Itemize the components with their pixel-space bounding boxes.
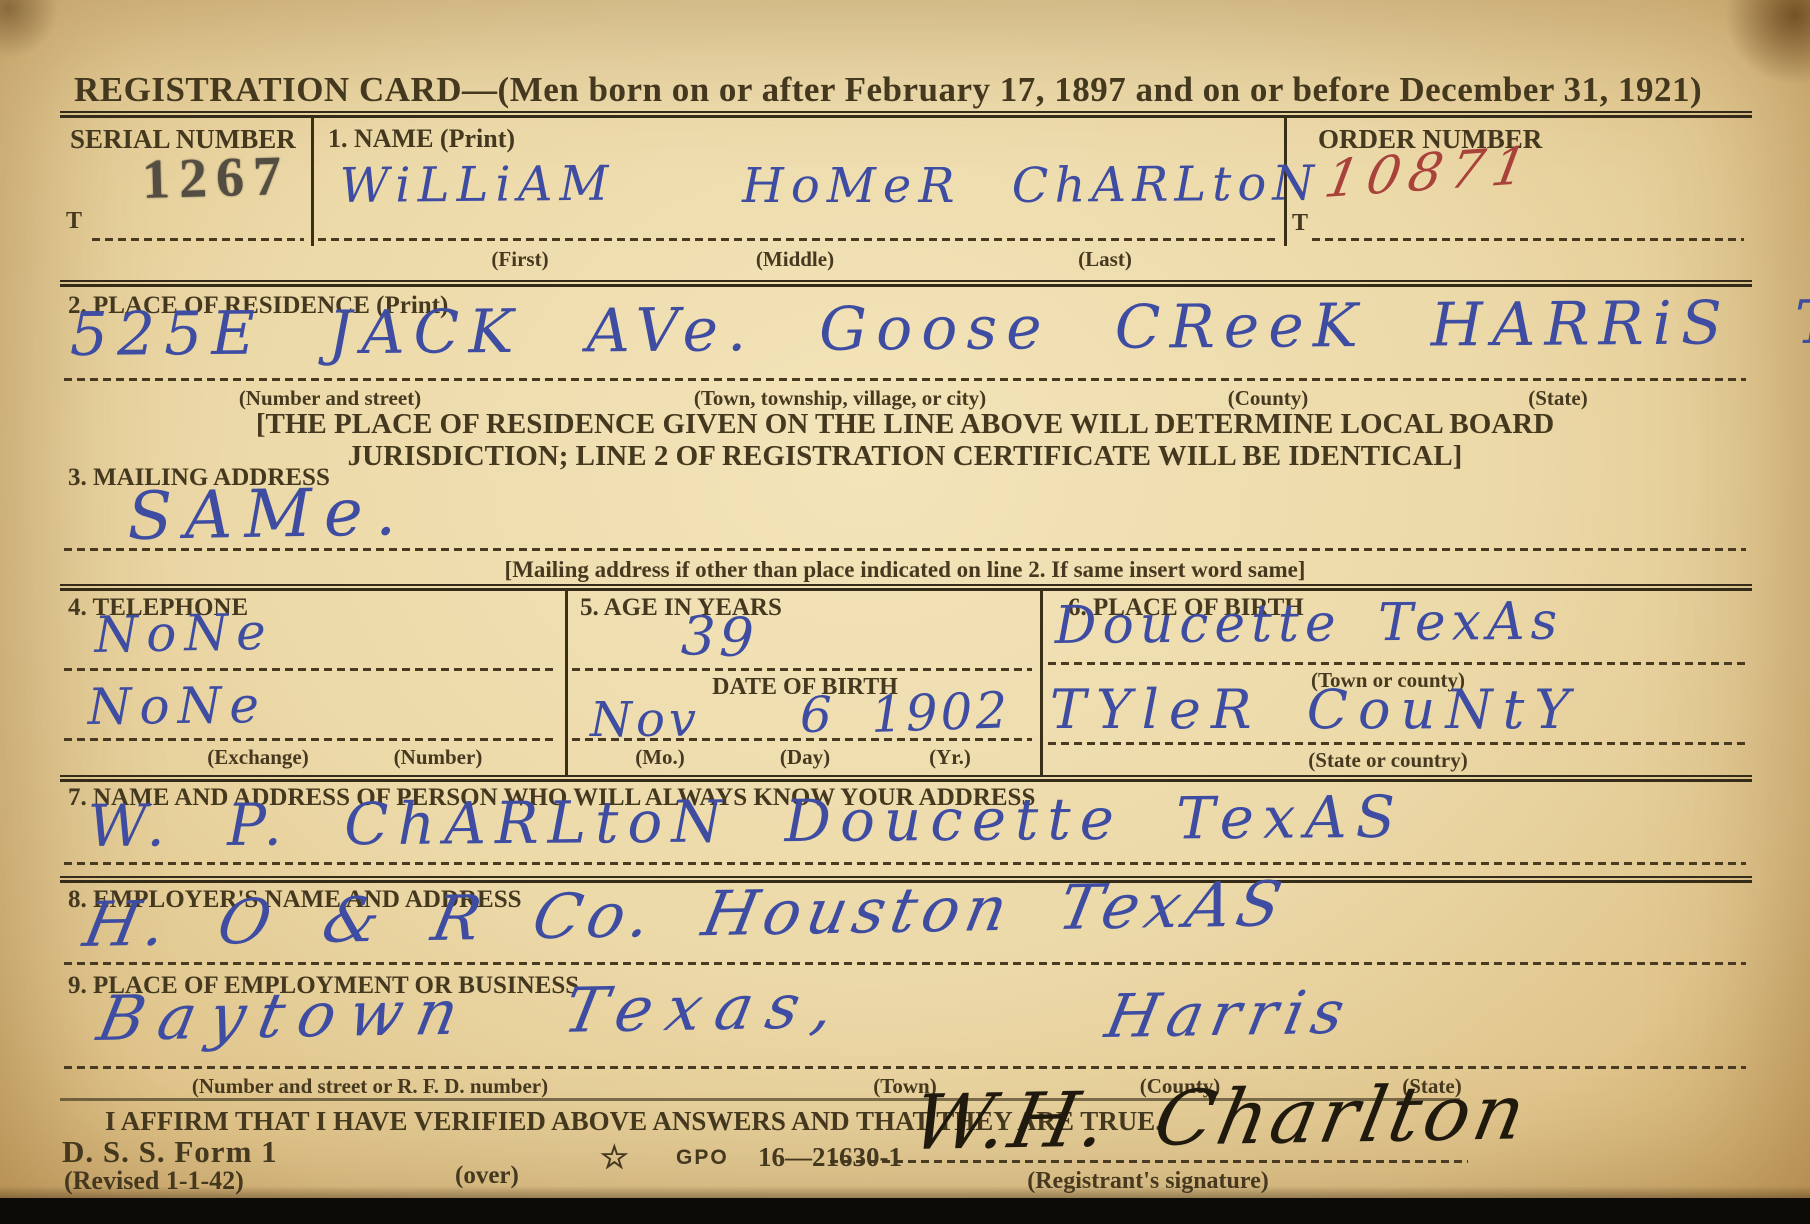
birthplace-state-dotted-line [1048,742,1746,745]
serial-number-value: 1267 [141,144,291,212]
name-last-value: ChARLtoN [1012,155,1321,214]
contact-value: W. P. ChARLtoN Doucette TexAS [88,783,1405,860]
mailing-sublabel: [Mailing address if other than place ind… [505,557,1306,583]
age-dotted-line [572,668,1032,671]
name-dotted-line [318,238,1276,241]
dob-year-value: 1902 [870,681,1011,744]
name-sublabel-middle: (Middle) [756,247,834,272]
gpo-mark: GPO [676,1146,729,1170]
form-number: D. S. S. Form 1 [62,1134,278,1170]
dob-sublabel-mo: (Mo.) [635,745,685,770]
telephone-line2-value: NoNe [87,676,267,736]
birthplace-state-sublabel: (State or country) [1308,748,1467,773]
serial-dotted-line [92,238,304,241]
title-rule [60,111,1752,118]
telephone-sublabel-number: (Number) [394,745,483,770]
row456-rule [60,775,1752,782]
age-value: 39 [680,604,759,670]
name-first-value: WiLLiAM [340,156,616,214]
employer-dotted-line [64,962,1746,965]
residence-note-line1: [THE PLACE OF RESIDENCE GIVEN ON THE LIN… [256,408,1554,441]
order-dotted-line [1312,238,1744,241]
birthplace-town-dotted-line [1048,662,1746,665]
name-middle-value: HoMeR [742,158,961,214]
row1-rule [60,280,1752,287]
divider-serial-name [311,118,314,246]
mailing-rule [60,584,1752,591]
residence-dotted-line [64,378,1746,381]
dob-day-value: 6 [800,686,832,744]
mailing-value: SAMe. [127,473,409,555]
dob-sublabel-day: (Day) [780,745,830,770]
star-icon: ☆ [600,1138,629,1176]
signature-dotted-line [830,1160,1468,1163]
card-title: REGISTRATION CARD—(Men born on or after … [74,70,1702,110]
residence-value: 525E JACK AVe. Goose CReeK HARRiS TeX [70,287,1810,370]
telephone-sublabel-exchange: (Exchange) [207,745,309,770]
name-label: 1. NAME (Print) [328,124,515,154]
mailing-dotted-line [64,548,1746,551]
employment-county-value: Harris [1100,978,1358,1052]
birthplace-state-value: TYleR CouNtY [1050,678,1580,741]
dob-dotted-line [572,738,1032,741]
serial-number-prefix: T [66,208,82,235]
name-sublabel-first: (First) [491,247,548,272]
telephone-dotted-line2 [64,738,556,741]
order-number-prefix: T [1292,210,1308,237]
telephone-line1-value: NoNe [94,603,274,664]
divider-tel-age [565,589,568,775]
telephone-dotted-line1 [64,668,556,671]
contact-dotted-line [64,862,1746,865]
registration-card: REGISTRATION CARD—(Men born on or after … [0,0,1810,1224]
dob-sublabel-yr: (Yr.) [929,745,971,770]
birthplace-town-value: Doucette TexAs [1054,592,1563,656]
employment-sublabel-street: (Number and street or R. F. D. number) [192,1074,548,1099]
divider-age-birth [1040,589,1043,775]
print-code: 16—21630-1 [758,1142,902,1173]
name-sublabel-last: (Last) [1078,247,1132,272]
signature-value: W.H. Charlton [905,1067,1536,1167]
employment-town-value: Baytown Texas, [92,969,854,1055]
residence-note-line2: JURISDICTION; LINE 2 OF REGISTRATION CER… [348,440,1463,473]
scan-bottom-edge [0,1198,1810,1224]
